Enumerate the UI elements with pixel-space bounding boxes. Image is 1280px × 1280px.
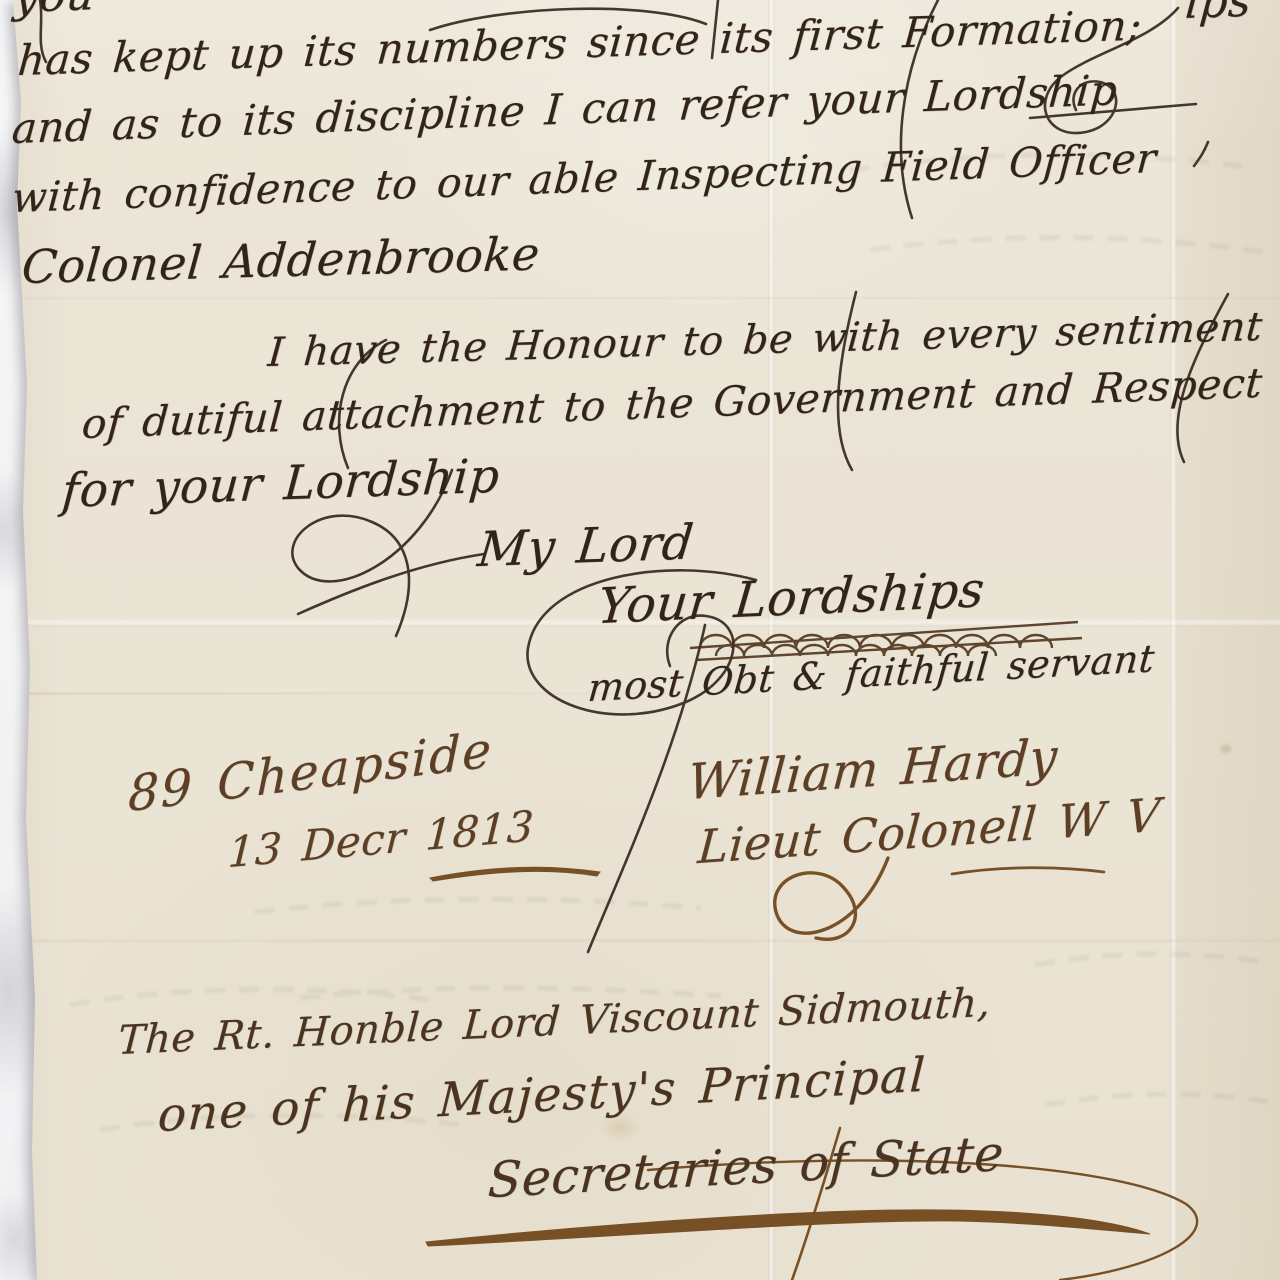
vertical-fold-right [1170, 0, 1177, 1280]
cutoff-fragment-left: you [12, 0, 97, 23]
horizontal-fold-3 [0, 692, 666, 695]
cutoff-fragment-right: ips [1183, 0, 1253, 29]
right-panel-shading [1177, 0, 1280, 1280]
horizontal-fold-1 [0, 296, 1280, 300]
salutation-my-lord: My Lord [475, 514, 696, 578]
letter-photo: you ips has kept up its numbers since it… [0, 0, 1280, 1280]
horizontal-fold-4 [0, 938, 1280, 943]
paper-stain-small [1218, 742, 1234, 756]
